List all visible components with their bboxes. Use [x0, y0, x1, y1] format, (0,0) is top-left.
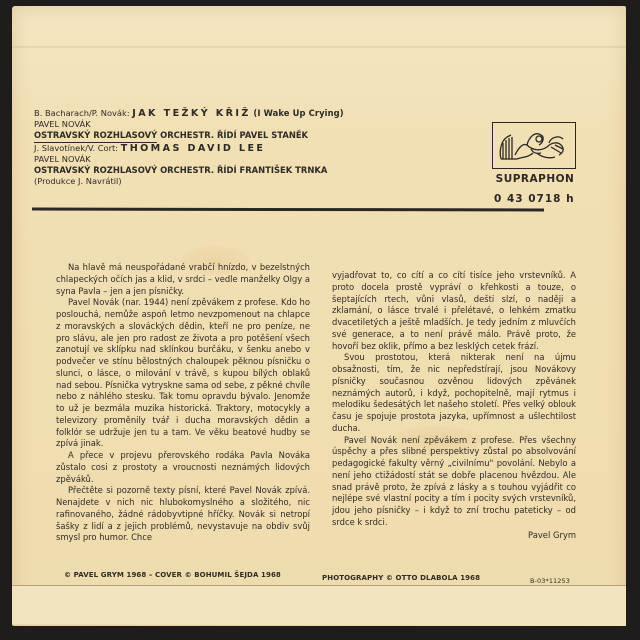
photography-credit: PHOTOGRAPHY © OTTO DLABOLA 1968: [322, 574, 480, 582]
track1-artist: PAVEL NOVÁK: [34, 119, 554, 130]
track1-title: JAK TEŽKÝ KŘIŽ: [132, 108, 251, 119]
lion-harp-logo-icon: [493, 123, 575, 168]
brand-name: SUPRAPHON: [490, 173, 580, 185]
track2-title: THOMAS DAVID LEE: [121, 143, 266, 154]
liner-paragraph: Pavel Novák (nar. 1944) není zpěvákem z …: [56, 297, 310, 450]
track1-original-title: (I Wake Up Crying): [253, 108, 343, 118]
track2-artist: PAVEL NOVÁK: [34, 154, 554, 165]
liner-paragraph: Svou prostotou, která nikterak není na ú…: [332, 352, 576, 434]
track1-composers: B. Bacharach/P. Novák:: [34, 108, 130, 118]
author-signature: Pavel Grym: [332, 530, 576, 542]
catalog-number: 0 43 0718 h: [494, 193, 584, 205]
track2-production: (Produkce J. Navrátil): [34, 176, 554, 187]
track1-orchestra-conductor: ORCHESTR. ŘÍDÍ PAVEL STANĚK: [160, 130, 308, 140]
track2-composers: J. Slavotínek/V. Cort:: [34, 143, 118, 153]
track-credits: B. Bacharach/P. Novák: JAK TEŽKÝ KŘIŽ (I…: [34, 108, 554, 187]
liner-paragraph: Na hlavě má neuspořádané vrabčí hnízdo, …: [56, 262, 310, 297]
sleeve-bottom-flap: [12, 585, 626, 626]
liner-paragraph: A přece v projevu přerovského rodáka Pav…: [56, 450, 310, 485]
liner-paragraph: Přečtěte si pozorně texty písní, které P…: [56, 485, 310, 544]
track2-orchestra: OSTRAVSKÝ ROZHLASOVÝ ORCHESTR. ŘÍDÍ FRAN…: [34, 165, 554, 176]
liner-paragraph: vyjadřovat to, co cítí a co cítí tisíce …: [332, 270, 576, 352]
liner-notes-right-column: vyjadřovat to, co cítí a co cítí tisíce …: [332, 270, 576, 541]
track1-orchestra: OSTRAVSKÝ ROZHLASOVÝ ORCHESTR. ŘÍDÍ PAVE…: [34, 130, 554, 142]
liner-paragraph: Pavel Novák není zpěvákem z profese. Pře…: [332, 435, 576, 529]
copyright-credits: © PAVEL GRYM 1968 – COVER © BOHUMIL ŠEJD…: [64, 571, 281, 579]
track1-heading: B. Bacharach/P. Novák: JAK TEŽKÝ KŘIŽ (I…: [34, 108, 554, 119]
track1-orchestra-underlined: OSTRAVSKÝ ROZHLASOVÝ: [34, 130, 157, 142]
supraphon-logo: [492, 122, 576, 169]
liner-notes-left-column: Na hlavě má neuspořádané vrabčí hnízdo, …: [56, 262, 310, 544]
print-code: B-03*11253: [530, 577, 570, 585]
track2-heading: J. Slavotínek/V. Cort: THOMAS DAVID LEE: [34, 143, 554, 154]
